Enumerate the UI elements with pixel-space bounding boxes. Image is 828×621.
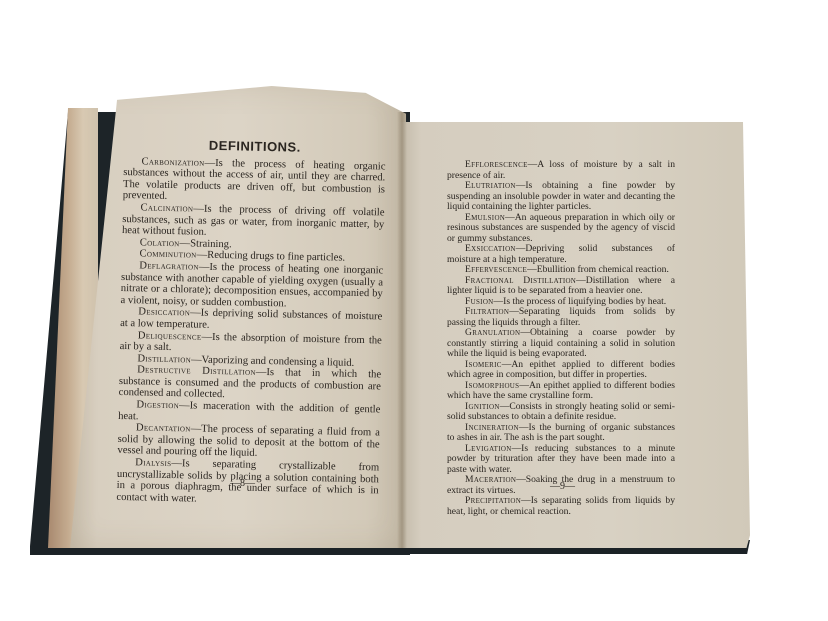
definition-term: Elutriation [465,180,516,191]
definition-term: Levigation [465,443,512,454]
definition-entry: Efflorescence—A loss of moisture by a sa… [447,160,675,181]
definition-term: Colation [140,237,180,249]
definition-term: Exsiccation [465,243,516,254]
definition-entry: Filtration—Separating liquids from solid… [447,307,675,328]
definition-entry: Emulsion—An aqueous preparation in which… [447,213,675,245]
definition-entry: Decantation—The process of separating a … [117,422,380,462]
definition-entry: Levigation—Is reducing substances to a m… [447,444,675,476]
definition-term: Deflagration [139,260,199,272]
definition-entry: Calcination—Is the process of driving of… [122,202,385,242]
definition-text: —Is the process of liquifying bodies by … [494,296,667,307]
definition-term: Granulation [465,327,520,338]
definition-term: Emulsion [465,212,505,223]
definition-entry: Granulation—Obtaining a coarse powder by… [447,328,675,360]
definition-term: Calcination [140,202,193,214]
definition-text: —Straining. [179,238,231,250]
definition-term: Deliquescence [138,330,202,342]
definition-term: Precipitation [465,495,521,506]
page-number-right: —9— [550,481,575,492]
definition-entry: Destructive Distillation—Is that in whic… [119,364,382,404]
definition-entry: Exsiccation—Depriving solid substances o… [447,244,675,265]
definition-entry: Incineration—Is the burning of organic s… [447,423,675,444]
definition-term: Decantation [136,423,191,435]
definition-term: Isomeric [465,359,502,370]
definition-term: Isomorphous [465,380,519,391]
definition-term: Efflorescence [465,159,528,170]
book-gutter [397,112,407,548]
definition-entry: Elutriation—Is obtaining a fine powder b… [447,181,675,213]
definition-entry: Isomorphous—An epithet applied to differ… [447,381,675,402]
definition-term: Digestion [136,399,179,411]
definition-term: Desiccation [138,307,190,319]
page-number-left: —8— [230,478,255,489]
definition-text: —Ebullition from chemical reaction. [527,264,669,275]
definition-entry: Precipitation—Is separating solids from … [447,496,675,517]
right-page-text: Efflorescence—A loss of moisture by a sa… [447,160,675,517]
open-book: DEFINITIONS. Carbonization—Is the proces… [0,0,828,621]
definition-entry: Isomeric—An epithet applied to different… [447,360,675,381]
left-page-text: DEFINITIONS. Carbonization—Is the proces… [116,138,386,509]
definition-term: Maceration [465,474,516,485]
definition-term: Carbonization [141,156,204,168]
definition-entry: Fractional Distillation—Distillation whe… [447,276,675,297]
definition-entry: Ignition—Consists in strongly heating so… [447,402,675,423]
definition-entry: Carbonization—Is the process of heating … [123,156,386,208]
definition-term: Ignition [465,401,500,412]
definition-term: Filtration [465,306,509,317]
definition-entry: Deflagration—Is the process of heating o… [120,260,383,312]
definition-term: Fusion [465,296,494,307]
definition-term: Distillation [137,353,191,365]
definition-term: Effervescence [465,264,527,275]
definition-term: Dialysis [135,457,171,469]
definition-term: Comminution [139,249,196,261]
definition-term: Incineration [465,422,519,433]
definition-term: Fractional Distillation [465,275,576,286]
